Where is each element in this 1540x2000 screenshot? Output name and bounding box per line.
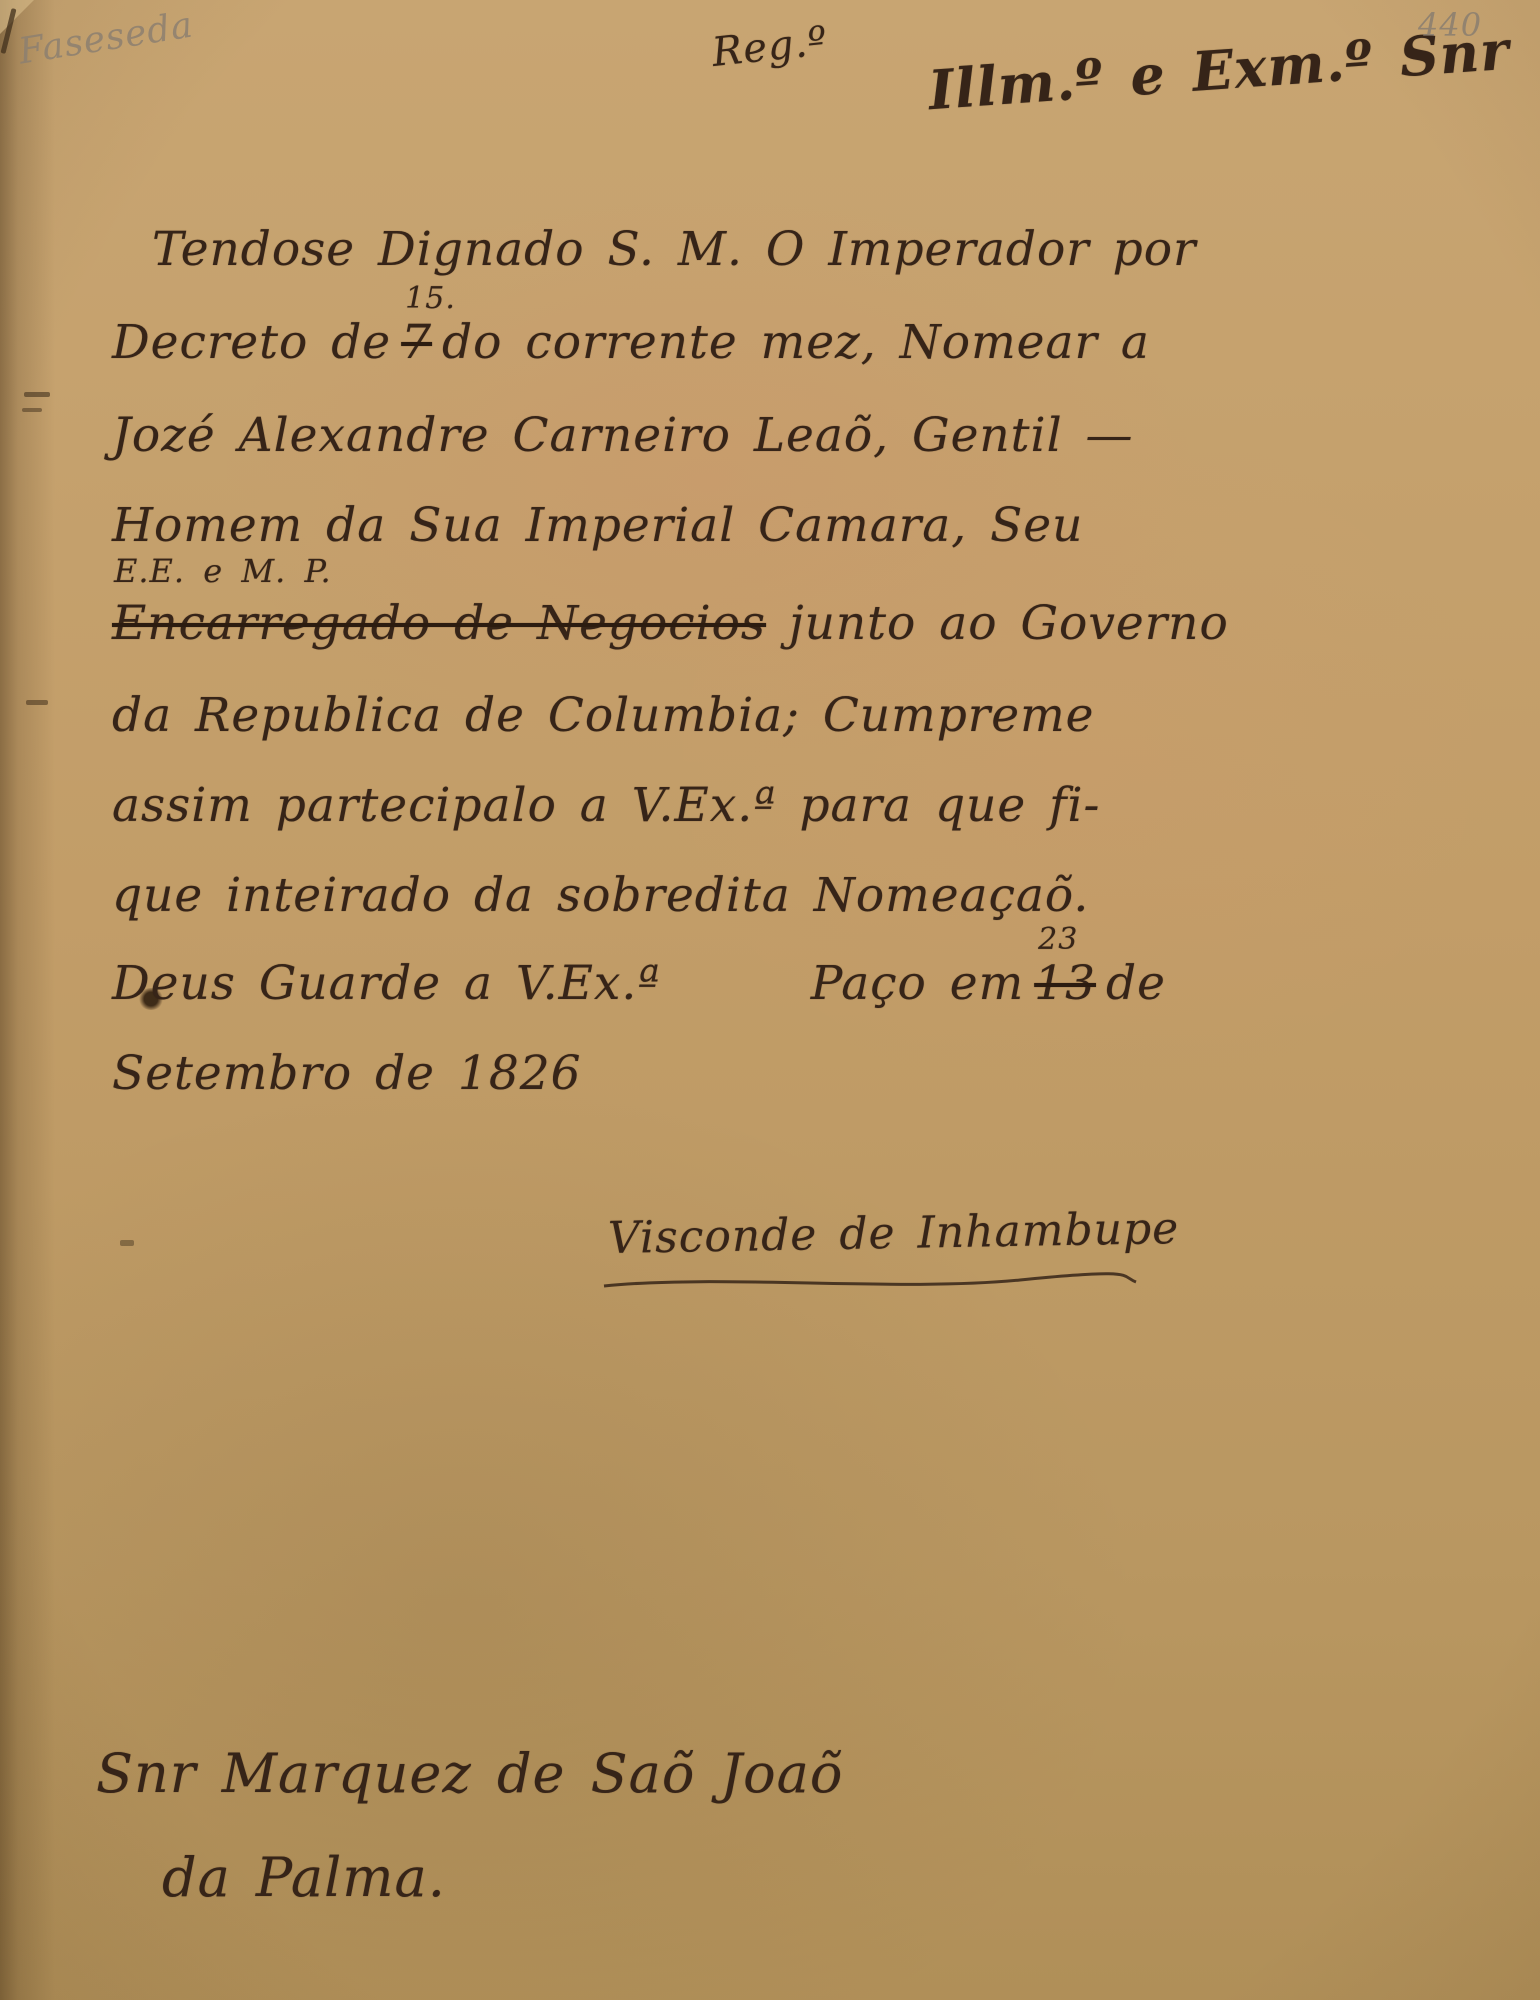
body-line-9-pre: Deus Guarde a V.Ex.ª [112,956,661,1011]
interlinear-correction: E.E. e M. P. [114,552,332,590]
paper-speck [120,1240,134,1246]
body-line-5-post: junto ao Governo [789,596,1229,651]
body-line-9-mid: Paço em [811,956,1024,1011]
addressee-line-2: da Palma. [162,1846,446,1909]
body-line-10: Setembro de 1826 [112,1046,582,1101]
page-number: 440 [1418,6,1482,44]
binding-stitch-mark [22,408,42,412]
pencil-note: Faseseda [16,4,196,72]
body-line-3: Jozé Alexandre Carneiro Leaõ, Gentil — [112,408,1134,463]
body-line-2-pre: Decreto de [112,315,391,370]
body-line-9-post: de [1106,956,1166,1011]
signature-flourish [600,1268,1140,1296]
body-line-2: Decreto de15.7do corrente mez, Nomear a [112,315,1150,370]
day-struck: 13 [1034,956,1096,1011]
addressee-line-1: Snr Marquez de Saõ Joaõ [96,1742,843,1805]
body-line-1: Tendose Dignado S. M. O Imperador por [152,222,1197,277]
body-line-5: Encarregado de Negocios junto ao Governo [112,596,1229,651]
body-line-2-post: do corrente mez, Nomear a [442,315,1150,370]
body-line-8: que inteirado da sobredita Nomeaçaõ. [112,868,1089,923]
date-correction-15: 15.7 [401,315,432,370]
binding-stitch-mark [26,700,48,705]
date-struck: 7 [401,315,432,370]
body-line-7: assim partecipalo a V.Ex.ª para que fi- [112,778,1100,833]
body-line-4: Homem da Sua Imperial Camara, Seu [112,498,1083,553]
register-mark: Reg.º [710,18,830,76]
date-correction-sup: 15. [405,281,456,316]
body-line-6: da Republica de Columbia; Cumpreme [112,688,1094,743]
struck-encarregado: Encarregado de Negocios [112,596,766,651]
manuscript-page: Faseseda Reg.º Illm.º e Exm.º Snr 440 Te… [0,0,1540,2000]
body-line-9: Deus Guarde a V.Ex.ªPaço em2313de [112,956,1166,1011]
day-correction-23: 2313 [1034,956,1096,1011]
signature: Visconde de Inhambupe [608,1203,1180,1264]
day-correction-sup: 23 [1038,922,1078,957]
binding-stitch-mark [24,392,50,397]
